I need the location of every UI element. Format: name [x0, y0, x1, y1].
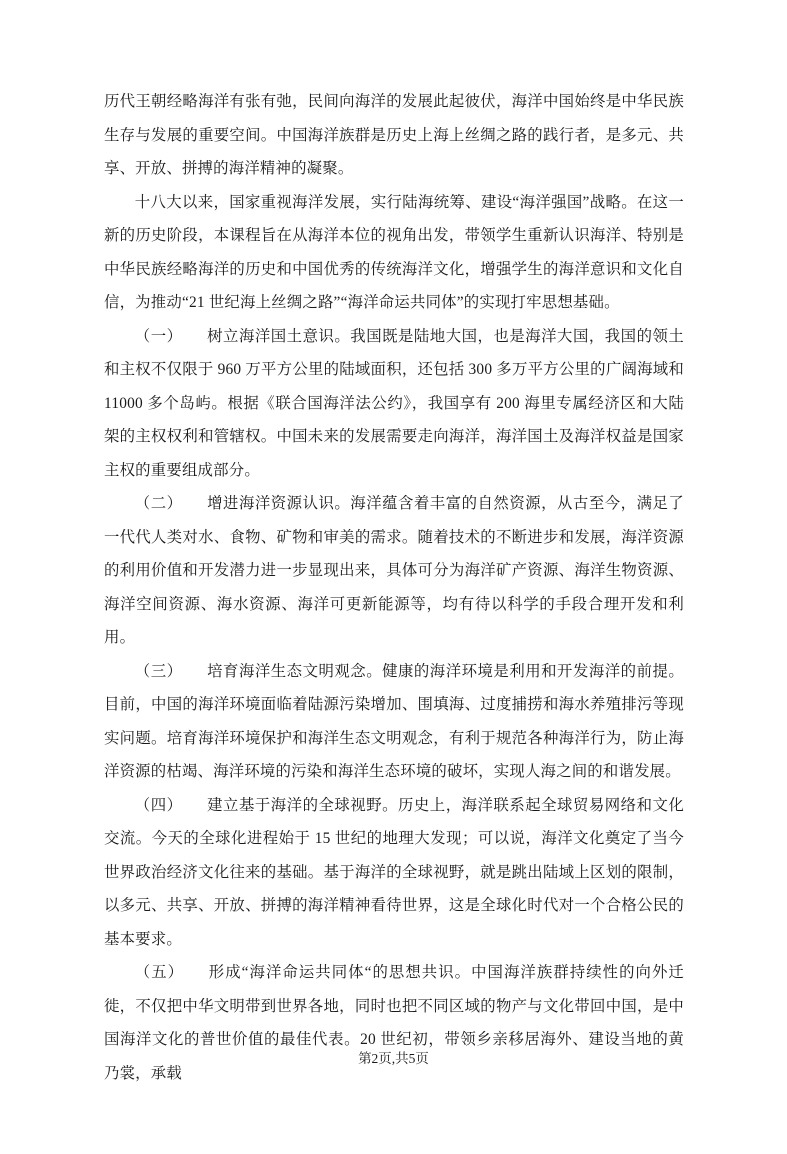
- document-page: 历代王朝经略海洋有张有弛，民间向海洋的发展此起彼伏，海洋中国始终是中华民族生存与…: [0, 0, 787, 1154]
- paragraph-number-label: （四）: [135, 797, 183, 814]
- paragraph-text: 培育海洋生态文明观念。健康的海洋环境是利用和开发海洋的前提。目前，中国的海洋环境…: [104, 663, 684, 781]
- paragraph: 十八大以来，国家重视海洋发展，实行陆海统筹、建设“海洋强国”战略。在这一新的历史…: [104, 186, 684, 320]
- paragraph-text: 树立海洋国土意识。我国既是陆地大国，也是海洋大国，我国的领土和主权不仅限于 96…: [104, 328, 684, 479]
- paragraph-number-label: （一）: [135, 328, 183, 345]
- document-body: 历代王朝经略海洋有张有弛，民间向海洋的发展此起彼伏，海洋中国始终是中华民族生存与…: [104, 85, 684, 1090]
- page-number-indicator: 第2页,共5页: [358, 1051, 429, 1066]
- paragraph: 历代王朝经略海洋有张有弛，民间向海洋的发展此起彼伏，海洋中国始终是中华民族生存与…: [104, 85, 684, 186]
- paragraph-number-label: （五）: [135, 964, 184, 981]
- paragraph: （一）树立海洋国土意识。我国既是陆地大国，也是海洋大国，我国的领土和主权不仅限于…: [104, 320, 684, 488]
- paragraph-text: 建立基于海洋的全球视野。历史上，海洋联系起全球贸易网络和文化交流。今天的全球化进…: [104, 797, 684, 948]
- paragraph-text: 历代王朝经略海洋有张有弛，民间向海洋的发展此起彼伏，海洋中国始终是中华民族生存与…: [104, 93, 684, 177]
- paragraph-text: 十八大以来，国家重视海洋发展，实行陆海统筹、建设“海洋强国”战略。在这一新的历史…: [104, 194, 684, 312]
- paragraph-number-label: （二）: [135, 495, 183, 512]
- paragraph: （三）培育海洋生态文明观念。健康的海洋环境是利用和开发海洋的前提。目前，中国的海…: [104, 655, 684, 789]
- paragraph: （四）建立基于海洋的全球视野。历史上，海洋联系起全球贸易网络和文化交流。今天的全…: [104, 789, 684, 957]
- paragraph-text: 增进海洋资源认识。海洋蕴含着丰富的自然资源，从古至今，满足了一代代人类对水、食物…: [104, 495, 684, 646]
- paragraph: （二）增进海洋资源认识。海洋蕴含着丰富的自然资源，从古至今，满足了一代代人类对水…: [104, 487, 684, 655]
- page-footer: 第2页,共5页: [0, 1048, 787, 1070]
- paragraph-number-label: （三）: [135, 663, 183, 680]
